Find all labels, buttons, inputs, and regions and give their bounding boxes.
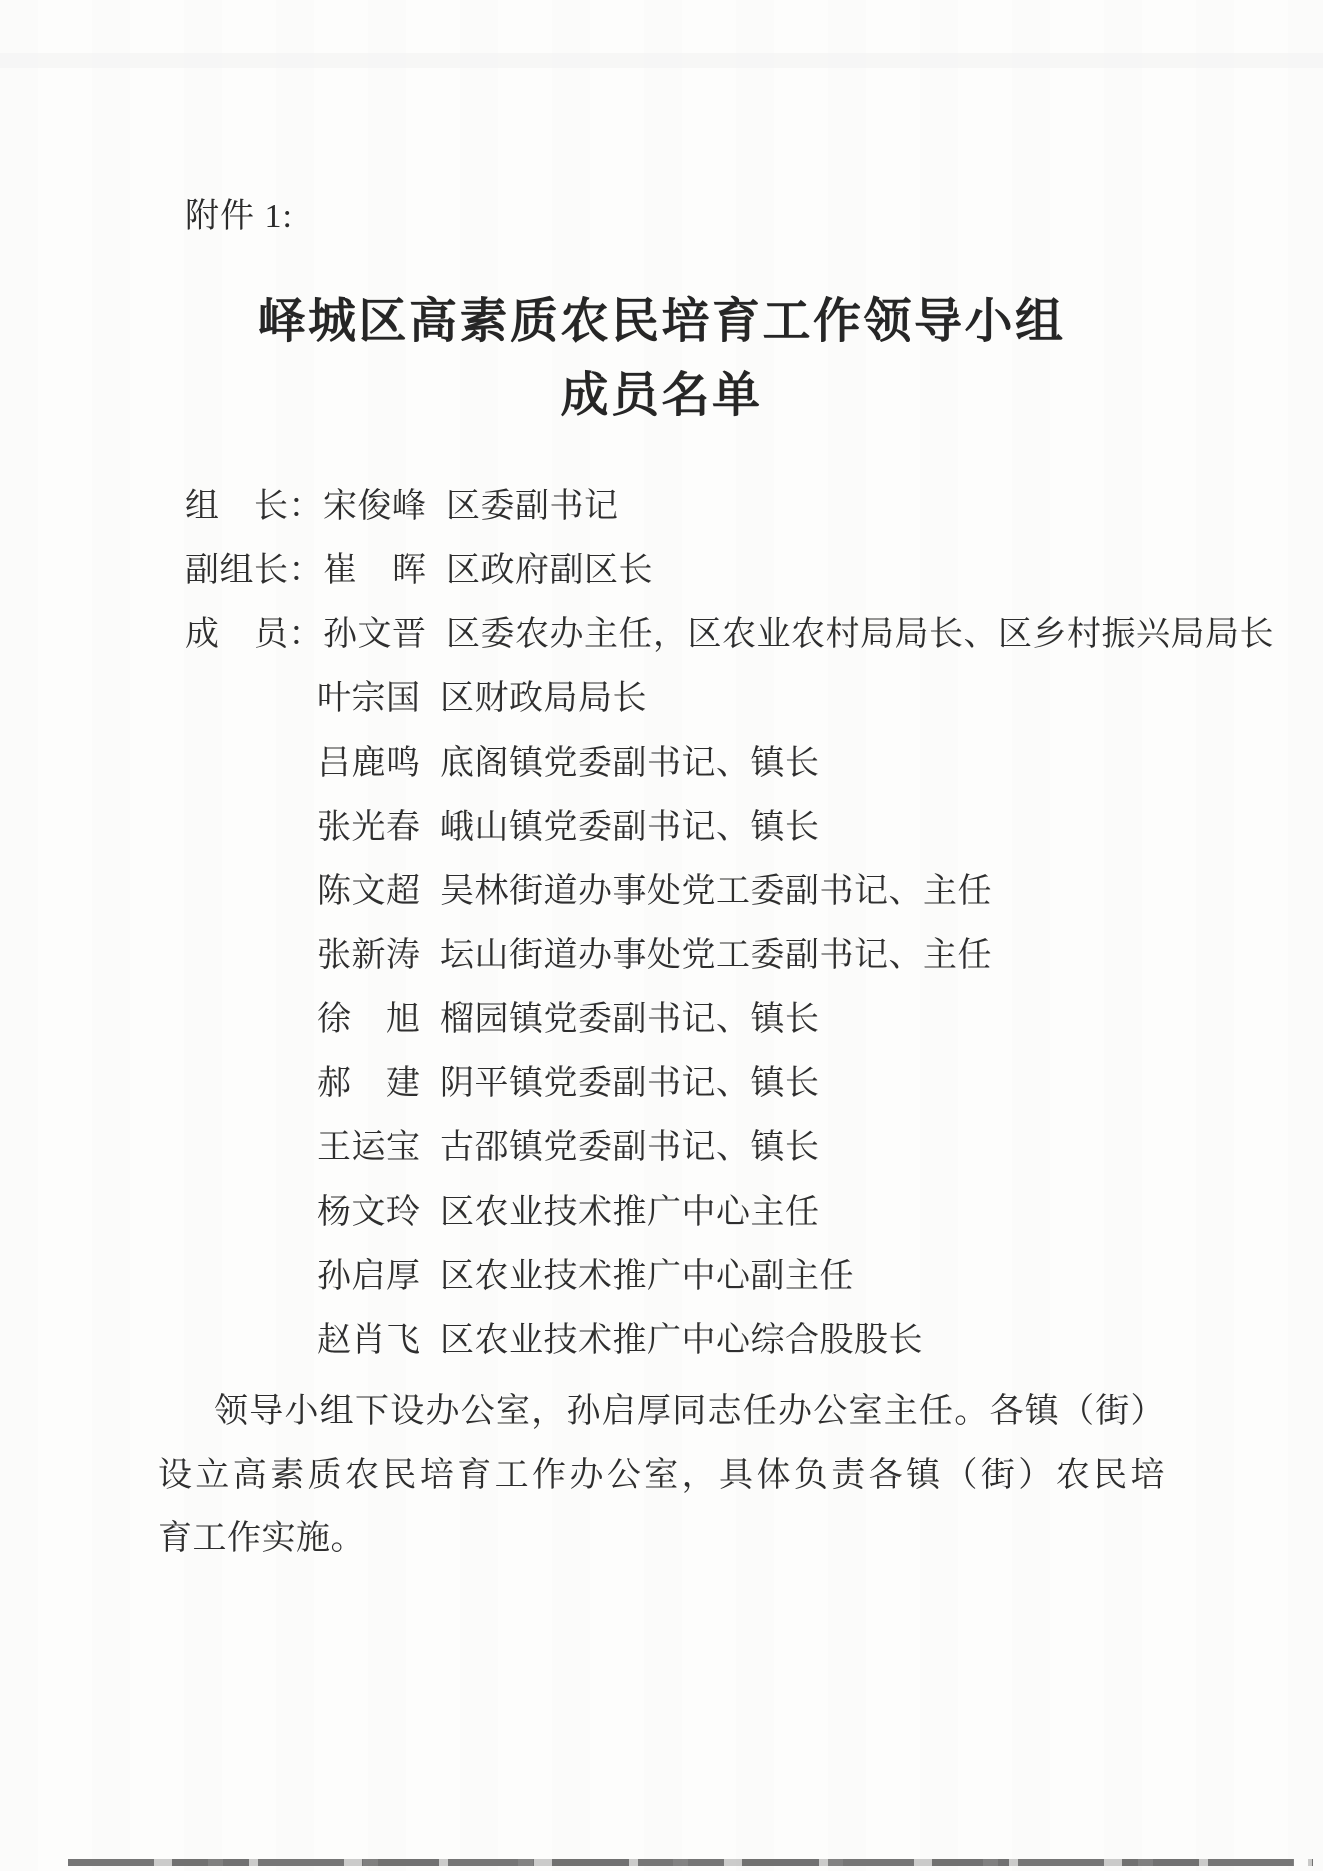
role-label <box>185 1181 317 1245</box>
roster-row: 赵肖飞 区农业技术推广中心综合股股长 <box>185 1309 1185 1373</box>
member-name: 孙文晋 <box>323 603 446 667</box>
role-label <box>185 1309 317 1373</box>
member-name: 杨文玲 <box>317 1181 440 1245</box>
roster-row: 成 员： 孙文晋 区委农办主任，区农业农村局局长、区乡村振兴局局长 <box>185 603 1185 667</box>
title-line-1: 峄城区高素质农民培育工作领导小组 <box>0 285 1323 359</box>
role-label: 成 员： <box>185 603 323 667</box>
role-label <box>185 796 317 860</box>
member-name: 王运宝 <box>317 1116 440 1180</box>
member-position: 区财政局局长 <box>440 667 1185 731</box>
member-name: 赵肖飞 <box>317 1309 440 1373</box>
title-line-2: 成员名单 <box>0 359 1323 433</box>
role-label <box>185 988 317 1052</box>
role-label <box>185 732 317 796</box>
member-name: 张光春 <box>317 796 440 860</box>
roster-row: 陈文超 吴林街道办事处党工委副书记、主任 <box>185 860 1185 924</box>
member-position: 区农业技术推广中心副主任 <box>440 1245 1185 1309</box>
member-name: 陈文超 <box>317 860 440 924</box>
document-title: 峄城区高素质农民培育工作领导小组 成员名单 <box>0 285 1323 433</box>
member-position: 吴林街道办事处党工委副书记、主任 <box>440 860 1185 924</box>
member-name: 吕鹿鸣 <box>317 732 440 796</box>
member-position: 榴园镇党委副书记、镇长 <box>440 988 1185 1052</box>
member-position: 区委副书记 <box>446 475 1185 539</box>
closing-line: 领导小组下设办公室，孙启厚同志任办公室主任。各镇（街） <box>158 1380 1165 1444</box>
roster-row: 叶宗国 区财政局局长 <box>185 667 1185 731</box>
role-label <box>185 1116 317 1180</box>
scan-artifact-bottom <box>68 1859 1313 1866</box>
roster-row: 组 长： 宋俊峰 区委副书记 <box>185 475 1185 539</box>
roster-row: 张光春 峨山镇党委副书记、镇长 <box>185 796 1185 860</box>
member-name: 宋俊峰 <box>323 475 446 539</box>
role-label <box>185 1245 317 1309</box>
leadership-roster: 组 长： 宋俊峰 区委副书记 副组长： 崔 晖 区政府副区长 成 员： 孙文晋 … <box>185 475 1185 1373</box>
roster-row: 郝 建 阴平镇党委副书记、镇长 <box>185 1052 1185 1116</box>
member-name: 崔 晖 <box>323 539 446 603</box>
role-label <box>185 667 317 731</box>
roster-row: 吕鹿鸣 底阁镇党委副书记、镇长 <box>185 732 1185 796</box>
attachment-label: 附件 1: <box>185 197 293 237</box>
scanned-document-page: 附件 1: 峄城区高素质农民培育工作领导小组 成员名单 组 长： 宋俊峰 区委副… <box>0 0 1323 1871</box>
member-position: 区农业技术推广中心综合股股长 <box>440 1309 1185 1373</box>
member-name: 郝 建 <box>317 1052 440 1116</box>
member-position: 古邵镇党委副书记、镇长 <box>440 1116 1185 1180</box>
role-label: 组 长： <box>185 475 323 539</box>
member-position: 区政府副区长 <box>446 539 1185 603</box>
member-name: 张新涛 <box>317 924 440 988</box>
role-label <box>185 860 317 924</box>
scan-artifact-top <box>0 53 1323 68</box>
role-label <box>185 1052 317 1116</box>
member-position: 区农业技术推广中心主任 <box>440 1181 1185 1245</box>
roster-row: 王运宝 古邵镇党委副书记、镇长 <box>185 1116 1185 1180</box>
closing-line: 设立高素质农民培育工作办公室，具体负责各镇（街）农民培 <box>158 1444 1165 1508</box>
closing-paragraph: 领导小组下设办公室，孙启厚同志任办公室主任。各镇（街） 设立高素质农民培育工作办… <box>158 1380 1165 1571</box>
member-position: 区委农办主任，区农业农村局局长、区乡村振兴局局长 <box>446 603 1274 667</box>
role-label <box>185 924 317 988</box>
member-name: 叶宗国 <box>317 667 440 731</box>
member-position: 底阁镇党委副书记、镇长 <box>440 732 1185 796</box>
role-label: 副组长： <box>185 539 323 603</box>
closing-line: 育工作实施。 <box>158 1507 1165 1571</box>
roster-row: 张新涛 坛山街道办事处党工委副书记、主任 <box>185 924 1185 988</box>
member-name: 徐 旭 <box>317 988 440 1052</box>
member-name: 孙启厚 <box>317 1245 440 1309</box>
roster-row: 副组长： 崔 晖 区政府副区长 <box>185 539 1185 603</box>
roster-row: 杨文玲 区农业技术推广中心主任 <box>185 1181 1185 1245</box>
member-position: 峨山镇党委副书记、镇长 <box>440 796 1185 860</box>
roster-row: 孙启厚 区农业技术推广中心副主任 <box>185 1245 1185 1309</box>
member-position: 阴平镇党委副书记、镇长 <box>440 1052 1185 1116</box>
roster-row: 徐 旭 榴园镇党委副书记、镇长 <box>185 988 1185 1052</box>
member-position: 坛山街道办事处党工委副书记、主任 <box>440 924 1185 988</box>
